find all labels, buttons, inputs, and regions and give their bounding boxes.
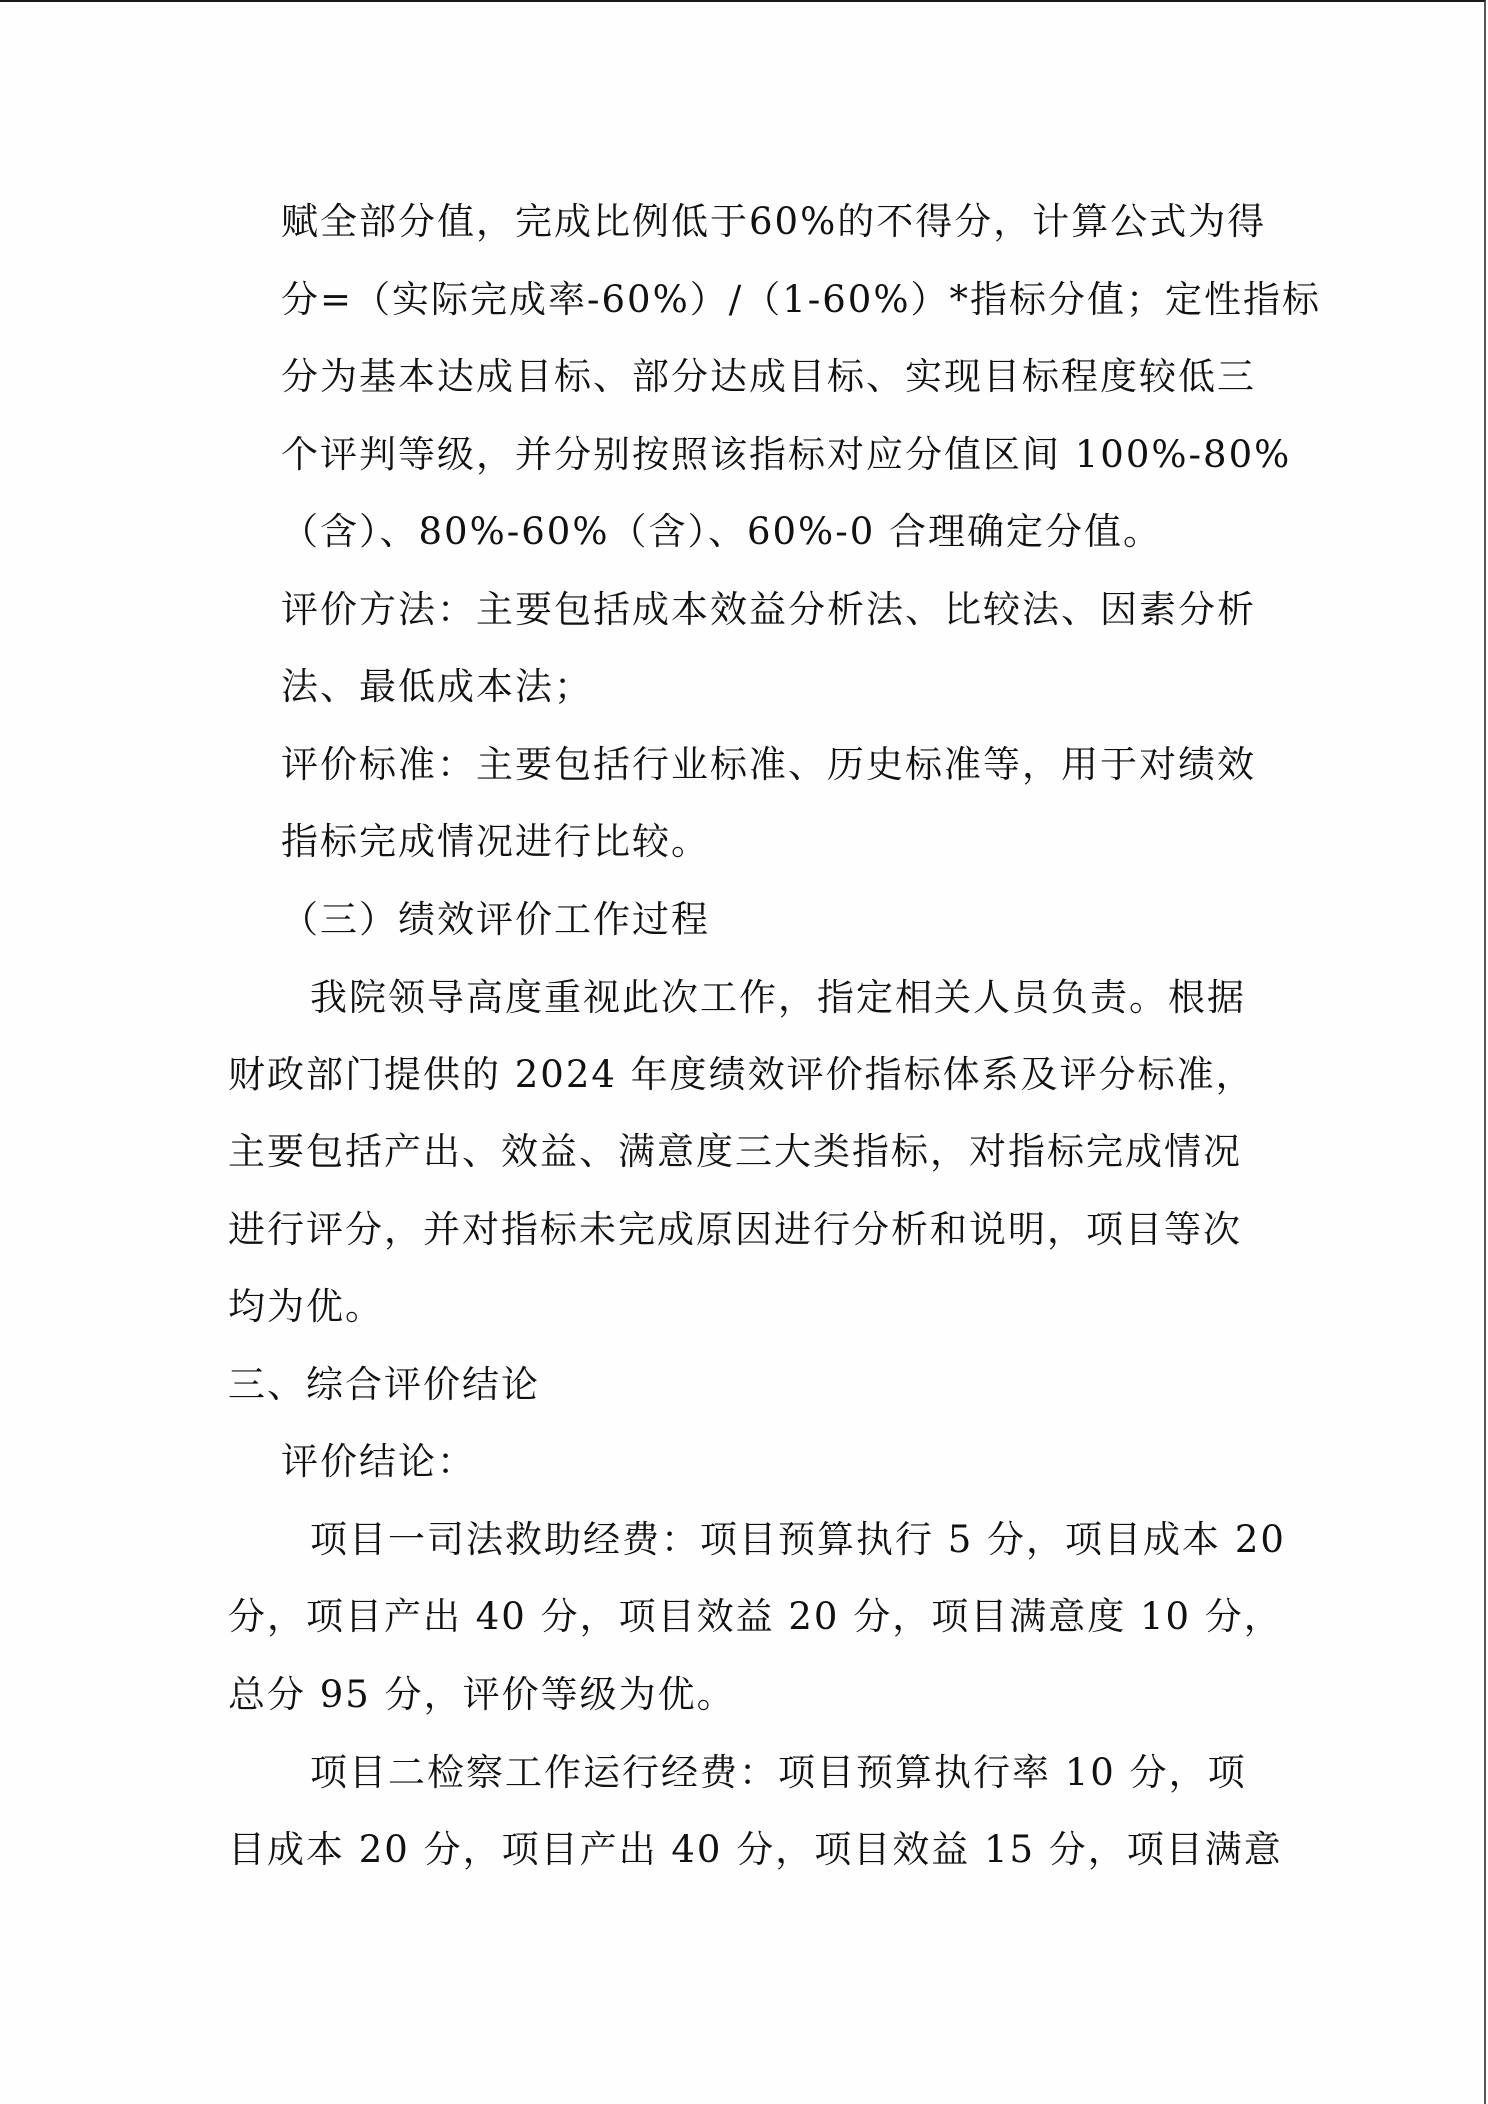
text-line-project-2-a: 项目二检察工作运行经费：项目预算执行率 10 分，项 (310, 1751, 1247, 1795)
text-line-project-1-a: 项目一司法救助经费：项目预算执行 5 分，项目成本 20 (310, 1518, 1286, 1562)
text-line-process-4: 进行评分，并对指标未完成原因进行分析和说明，项目等次 (228, 1208, 1242, 1252)
text-line-qualitative-levels: 分为基本达成目标、部分达成目标、实现目标程度较低三 (281, 355, 1256, 399)
text-line-project-1-b: 分，项目产出 40 分，项目效益 20 分，项目满意度 10 分， (228, 1595, 1283, 1639)
document-page: 赋全部分值，完成比例低于60%的不得分，计算公式为得 分=（实际完成率-60%）… (0, 0, 1486, 2104)
subheading-conclusion-label: 评价结论： (281, 1440, 476, 1484)
text-line-evaluation-standard-1: 评价标准：主要包括行业标准、历史标准等，用于对绩效 (281, 743, 1256, 787)
text-line-formula: 分=（实际完成率-60%）/（1-60%）*指标分值；定性指标 (281, 278, 1321, 322)
section-heading-conclusion: 三、综合评价结论 (228, 1363, 540, 1407)
text-line-process-1: 我院领导高度重视此次工作，指定相关人员负责。根据 (310, 976, 1246, 1020)
text-line-scoring-rule-1: 赋全部分值，完成比例低于60%的不得分，计算公式为得 (281, 200, 1266, 244)
text-line-process-2: 财政部门提供的 2024 年度绩效评价指标体系及评分标准， (228, 1053, 1255, 1097)
section-heading-work-process: （三）绩效评价工作过程 (281, 898, 710, 942)
text-line-evaluation-method-2: 法、最低成本法； (281, 665, 593, 709)
text-line-evaluation-method-1: 评价方法：主要包括成本效益分析法、比较法、因素分析 (281, 588, 1256, 632)
text-line-process-5: 均为优。 (228, 1285, 384, 1329)
text-line-process-3: 主要包括产出、效益、满意度三大类指标，对指标完成情况 (228, 1130, 1242, 1174)
text-line-score-ranges-1: 个评判等级，并分别按照该指标对应分值区间 100%-80% (281, 433, 1291, 477)
text-line-score-ranges-2: （含）、80%-60%（含）、60%-0 合理确定分值。 (281, 510, 1162, 554)
text-line-evaluation-standard-2: 指标完成情况进行比较。 (281, 820, 710, 864)
text-line-project-1-c: 总分 95 分，评价等级为优。 (228, 1673, 736, 1717)
text-line-project-2-b: 目成本 20 分，项目产出 40 分，项目效益 15 分，项目满意 (228, 1828, 1283, 1872)
